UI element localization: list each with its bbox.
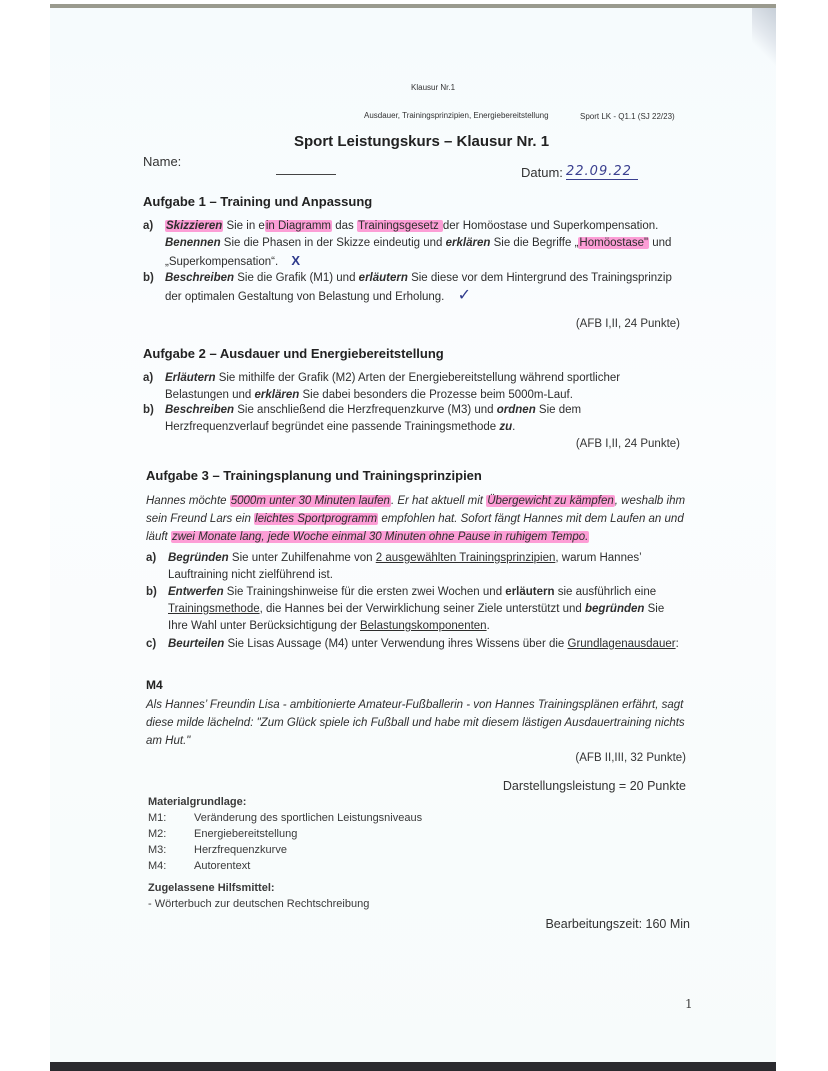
- task3a: a) Begründen Sie unter Zuhilfenahme von …: [146, 550, 686, 584]
- m4-label: M4: [146, 678, 163, 692]
- pen-check-mark: ✓: [458, 287, 471, 304]
- name-line[interactable]: [276, 174, 336, 175]
- page-title: Sport Leistungskurs – Klausur Nr. 1: [294, 133, 549, 150]
- page-number: 1: [685, 997, 693, 1011]
- task2-heading: Aufgabe 2 – Ausdauer und Energiebereitst…: [143, 346, 444, 361]
- pen-cross-mark: X: [291, 253, 300, 268]
- exam-topics: Ausdauer, Trainingsprinzipien, Energiebe…: [364, 111, 549, 120]
- task3-points: (AFB II,III, 32 Punkte): [486, 752, 686, 764]
- material-item: M2:Energiebereitstellung: [148, 826, 422, 842]
- name-label: Name:: [143, 154, 181, 169]
- duration: Bearbeitungszeit: 160 Min: [440, 917, 690, 931]
- task3c: c) Beurteilen Sie Lisas Aussage (M4) unt…: [146, 636, 686, 653]
- task3-scenario: Hannes möchte 5000m unter 30 Minuten lau…: [146, 492, 686, 546]
- material-item: M1:Veränderung des sportlichen Leistungs…: [148, 810, 422, 826]
- course-label: Sport LK - Q1.1 (SJ 22/23): [580, 112, 675, 121]
- material-item: M3:Herzfrequenzkurve: [148, 842, 422, 858]
- task2a: a) Erläutern Sie mithilfe der Grafik (M2…: [143, 370, 683, 404]
- task1-heading: Aufgabe 1 – Training und Anpassung: [143, 194, 372, 209]
- aid-item: - Wörterbuch zur deutschen Rechtschreibu…: [148, 896, 422, 912]
- date-label: Datum:: [521, 165, 563, 180]
- exam-label: Klausur Nr.1: [411, 83, 455, 92]
- materials-heading: Materialgrundlage:: [148, 794, 422, 810]
- material-item: M4:Autorentext: [148, 858, 422, 874]
- page-fold: [752, 8, 776, 68]
- task3b: b) Entwerfen Sie Trainingshinweise für d…: [146, 584, 686, 635]
- background-edge: [50, 1062, 776, 1071]
- task3-heading: Aufgabe 3 – Trainingsplanung und Trainin…: [146, 468, 482, 483]
- task2-points: (AFB I,II, 24 Punkte): [480, 438, 680, 450]
- date-value[interactable]: 22.09.22: [566, 164, 638, 180]
- presentation-points: Darstellungsleistung = 20 Punkte: [436, 779, 686, 793]
- task1a: a) Skizzieren Sie in ein Diagramm das Tr…: [143, 218, 683, 271]
- task2b: b) Beschreiben Sie anschließend die Herz…: [143, 402, 683, 436]
- aids-heading: Zugelassene Hilfsmittel:: [148, 880, 422, 896]
- materials-section: Materialgrundlage: M1:Veränderung des sp…: [148, 794, 422, 912]
- task1b: b) Beschreiben Sie die Grafik (M1) und e…: [143, 270, 683, 306]
- m4-text: Als Hannes’ Freundin Lisa - ambitioniert…: [146, 696, 686, 750]
- task1-points: (AFB I,II, 24 Punkte): [480, 318, 680, 330]
